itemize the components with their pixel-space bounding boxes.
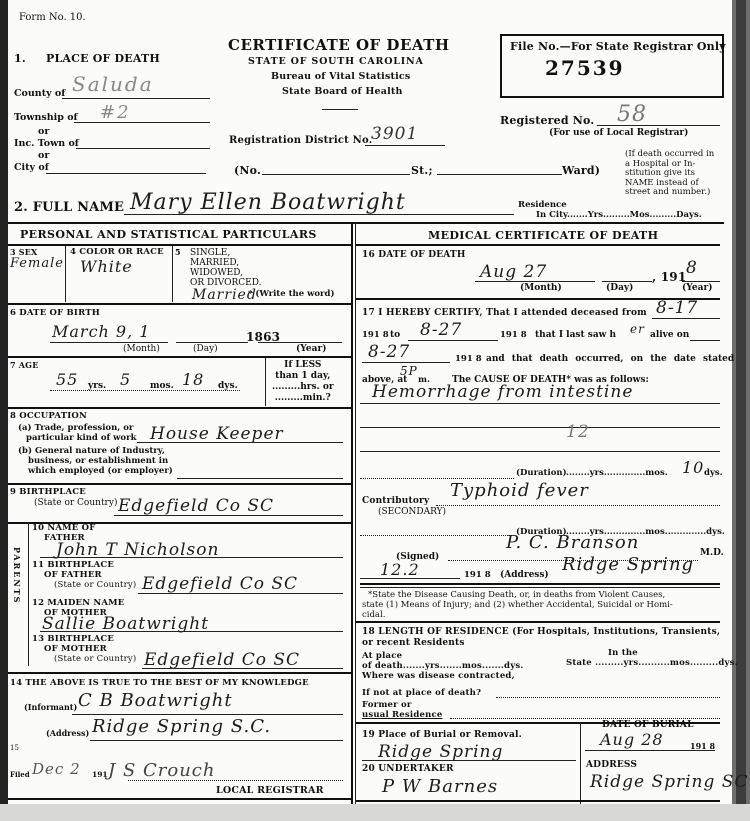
last-saw-pronoun: er [630,322,645,336]
color-value: White [80,257,133,276]
local-registrar-note: (For use of Local Registrar) [549,128,688,138]
burial-divider [580,722,581,804]
filed-year-label: 191 [92,770,108,779]
undertaker-value: P W Barnes [382,776,498,797]
dob-day-line [176,342,248,343]
dod-day-caption: (Day) [606,283,633,293]
inc-town-line [76,148,210,149]
sex-value: Female [10,256,64,271]
duration-1-days-value: 10 [682,458,704,477]
occupation-b-label: (b) General nature of Industry, business… [18,446,173,476]
disease-contracted-label: Where was disease contracted, [362,671,515,681]
occupation-b-line [177,478,343,479]
registration-district-label: Registration District No. [229,135,372,146]
dob-month-line [50,342,168,343]
informant-address-line [90,740,343,741]
father-birthplace-label: 11 BIRTHPLACE OF FATHER (State or Countr… [32,560,136,590]
duration-1-days-label: dys. [704,468,723,478]
father-birthplace-value: Edgefield Co SC [142,574,298,594]
length-of-residence-label: 18 LENGTH OF RESIDENCE (For Hospitals, I… [362,627,720,637]
filed-date-value: Dec 2 [32,760,81,778]
last-saw-label: that I last saw h [535,330,616,340]
secondary-label: (SECONDARY) [378,507,446,517]
certify-label: 17 I HEREBY CERTIFY, That I attended dec… [362,308,647,318]
mother-birthplace-label: 13 BIRTHPLACE OF MOTHER (State or Countr… [32,634,136,664]
mother-name-line [40,631,343,632]
dod-month-caption: (Month) [520,283,562,293]
attended-year-2: 191 8 [500,330,527,340]
or-label-2: or [38,150,49,161]
scan-bottom-edge [0,804,750,821]
dod-year-caption: (Year) [682,283,712,293]
cause-footnote: *State the Disease Causing Death, or, in… [362,590,673,620]
mother-birthplace-value: Edgefield Co SC [144,650,300,670]
undertaker-address-label: ADDRESS [586,760,637,770]
or-label: or [38,126,49,137]
contributory-line [436,505,720,506]
dob-month-caption: (Month) [123,344,160,354]
medical-header-rule [356,244,720,246]
age-days-value: 18 [182,370,204,389]
dod-year-value: 8 [686,258,698,278]
contributory-value: Typhoid fever [450,480,589,501]
personal-header-rule [8,244,351,246]
registered-no-label: Registered No. [500,114,594,127]
hospital-note: (If death occurred in a Hospital or In- … [625,150,714,198]
right-bottom-rule [356,800,720,802]
medical-section-title: MEDICAL CERTIFICATE OF DEATH [428,229,658,242]
not-at-place-label: If not at place of death? [362,688,481,698]
recent-residents-label: or recent Residents [362,638,465,648]
alive-on-value: 8-27 [368,342,410,362]
cause-line-2 [360,427,720,428]
father-birthplace-line [138,593,343,594]
footnote-rule-top [360,583,720,585]
cause-line-3-value: 12 [566,422,590,442]
file-number: 27539 [545,56,625,80]
header-rule [322,109,358,110]
footnote-rule-top-2 [360,587,720,588]
duration-2-line [360,535,512,536]
state-name: STATE OF SOUTH CAROLINA [248,56,424,67]
item-15-number: 15 [10,744,19,752]
board-name: State Board of Health [282,86,403,97]
street-no-line [262,174,410,175]
informant-address-value: Ridge Spring S.C. [92,716,271,737]
row-rule-1 [8,303,351,305]
duration-1-line [360,478,514,479]
registered-no-value: 58 [617,102,647,127]
township-value: #2 [100,102,131,123]
age-label: 7 AGE [10,360,39,370]
alive-on-line [362,362,450,363]
former-residence-label: Former or usual Residence [362,700,442,720]
cause-line-1 [360,403,720,404]
sex-divider [65,246,66,302]
occupation-value: House Keeper [150,424,284,444]
ward-line [437,174,562,175]
form-number: Form No. 10. [19,12,86,23]
marital-number: 5 [175,247,181,257]
time-of-death-value: 5P [400,364,418,378]
row-rule-3 [8,407,351,409]
undertaker-label: 20 UNDERTAKER [362,764,454,774]
column-divider [351,222,353,804]
duration-1-units: ........yrs..............mos. [566,468,668,478]
signed-date-value: 12.2 [380,560,420,579]
age-months-value: 5 [120,370,131,389]
date-of-burial-label: DATE OF BURIAL [602,720,694,730]
former-residence-line [450,718,720,719]
cause-line-3 [360,451,720,452]
dob-label: 6 DATE OF BIRTH [10,308,100,318]
dod-year-line [682,281,720,282]
full-name-value: Mary Ellen Boatwright [130,190,406,215]
alive-on-label: alive on [650,330,689,340]
street-no-label: (No. [234,164,261,177]
age-divider [265,358,266,406]
birthplace-value: Edgefield Co SC [118,496,274,516]
personal-section-title: PERSONAL AND STATISTICAL PARTICULARS [20,228,317,241]
local-registrar-line [128,780,343,781]
in-state-label: In the State .........yrs..........mos..… [566,648,738,668]
scan-right-edge [732,0,750,821]
medical-rule-2 [356,621,720,623]
left-bottom-rule [8,798,351,800]
attended-to-value: 8-27 [420,320,462,340]
informant-line [72,714,343,715]
md-label: M.D. [700,548,724,558]
true-statement-label: 14 THE ABOVE IS TRUE TO THE BEST OF MY K… [10,678,309,688]
signed-year: 191 8 [464,570,491,580]
signed-date-line [360,578,460,579]
dob-month-value: March 9, 1 [52,322,150,341]
attended-to-line [408,340,498,341]
attended-year-1: 191 8 [362,330,389,340]
county-value: Saluda [72,72,154,96]
item-1-number: 1. [14,52,26,65]
attended-from-value: 8-17 [656,298,698,318]
attended-from-line [652,318,720,319]
full-name-label: 2. FULL NAME [14,200,124,215]
signed-address-value: Ridge Spring [562,554,694,575]
township-line [74,122,210,123]
burial-year: 191 8 [690,741,715,751]
county-label: County of [14,88,65,99]
informant-label: (Informant) [24,702,77,712]
not-at-place-line [496,697,720,698]
local-registrar-value: J S Crouch [108,760,215,781]
city-line [46,173,206,174]
age-line [50,390,240,391]
dod-day-line [602,281,652,282]
birthplace-sub-label: (State or Country) [34,498,117,508]
occupation-label: 8 OCCUPATION [10,411,87,421]
inc-town-label: Inc. Town of [14,138,79,149]
row-rule-2 [8,356,351,358]
row-rule-4 [8,483,351,485]
less-than-day-label: If LESS than 1 day, .........hrs. or ...… [272,360,334,404]
filed-label: Filed [10,770,30,779]
marital-label: SINGLE, MARRIED, WIDOWED, OR DIVORCED. [190,248,262,288]
place-of-death-heading: PLACE OF DEATH [46,52,160,65]
alive-on-line-1 [690,340,720,341]
residence-city-label: In City.......Yrs.........Mos.........Da… [536,210,702,220]
occupation-a-label: (a) Trade, profession, or particular kin… [18,423,136,443]
mother-birthplace-line [142,668,343,669]
burial-place-line [362,760,576,761]
age-years-value: 55 [56,370,78,389]
parents-divider [28,522,29,666]
color-label: 4 COLOR OR RACE [70,247,164,257]
county-line [62,98,210,99]
signed-address-label: (Address) [500,570,549,580]
bureau-name: Bureau of Vital Statistics [271,71,410,82]
burial-place-label: 19 Place of Burial or Removal. [362,730,522,740]
street-label: St.; [411,164,433,177]
residence-label: Residence [518,200,567,210]
attended-to-label: to [390,330,400,340]
parents-label: PARENTS [12,547,22,604]
duration-1-label: (Duration) [516,468,567,478]
birthplace-label: 9 BIRTHPLACE [10,487,86,497]
certificate-title: CERTIFICATE OF DEATH [228,36,450,54]
signed-value: P. C. Branson [506,532,639,553]
attended-year-3: 191 8 [455,354,482,364]
ward-label: Ward) [562,164,600,177]
undertaker-address-value: Ridge Spring SC [590,772,748,792]
marital-value: Married [192,287,257,303]
dob-day-caption: (Day) [193,344,218,354]
name-divider [8,222,724,224]
color-divider [172,246,173,302]
city-label: City of [14,162,49,173]
contributory-label: Contributory [362,496,429,506]
local-registrar-label: LOCAL REGISTRAR [216,785,324,796]
row-rule-6 [8,672,351,674]
township-label: Township of [14,112,78,123]
burial-date-value: Aug 28 [600,730,664,749]
death-occurred-label: and that death occurred, on the date sta… [486,354,734,364]
burial-place-value: Ridge Spring [378,742,503,762]
dob-year-line [258,342,342,343]
registered-no-line [597,125,720,126]
cause-of-death-value: Hemorrhage from intestine [372,382,633,402]
dob-year-caption: (Year) [296,344,326,354]
date-of-death-label: 16 DATE OF DEATH [362,250,466,260]
father-name-line [40,557,343,558]
at-place-of-death-label: At place of death.......yrs.......mos...… [362,651,523,671]
file-box-label: File No.—For State Registrar Only [510,40,726,53]
informant-address-label: (Address) [46,728,89,738]
registration-district-value: 3901 [371,124,418,144]
column-divider-inner [355,222,356,804]
informant-value: C B Boatwright [78,690,233,711]
registration-district-line [365,145,445,146]
marital-note: * (Write the word) [248,289,335,299]
dod-month-value: Aug 27 [480,262,547,282]
